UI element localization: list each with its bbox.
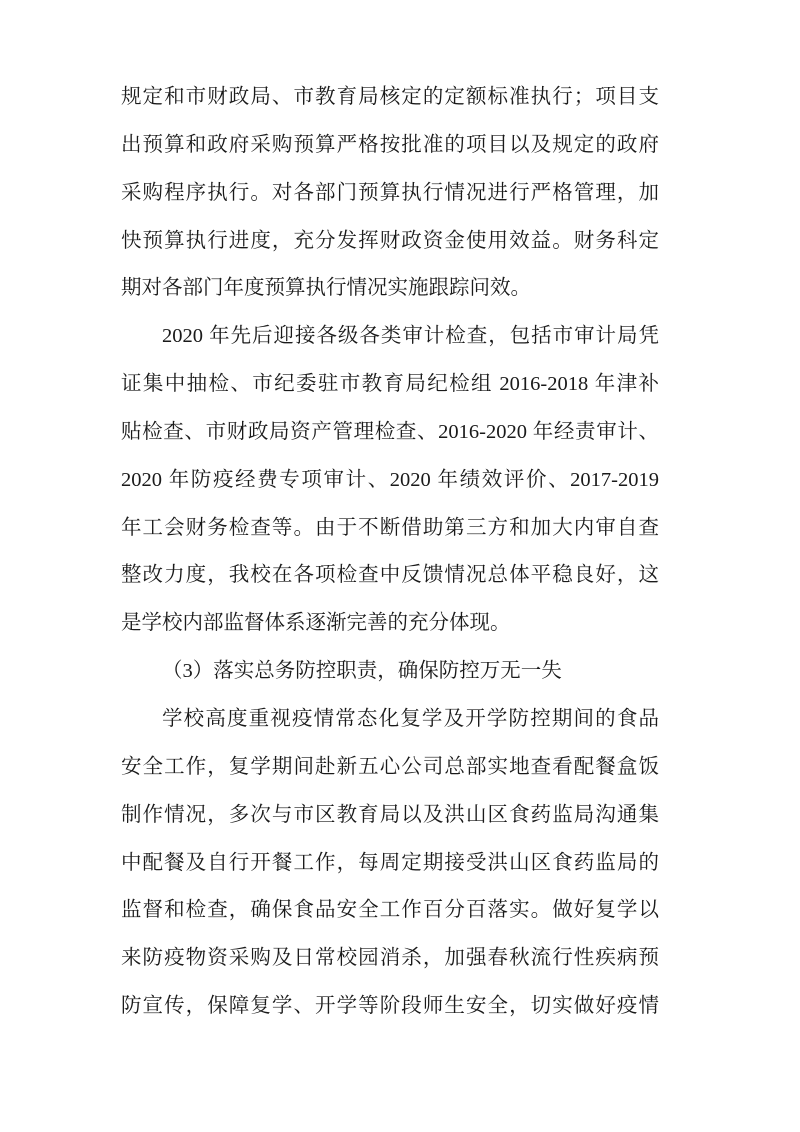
body-line: 整改力度，我校在各项检查中反馈情况总体平稳良好，这	[121, 552, 659, 600]
body-line: 学校高度重视疫情常态化复学及开学防控期间的食品	[121, 696, 659, 744]
document-body: 规定和市财政局、市教育局核定的定额标准执行；项目支出预算和政府采购预算严格按批准…	[121, 74, 659, 1031]
body-line: 防宣传，保障复学、开学等阶段师生安全，切实做好疫情	[121, 983, 659, 1031]
body-line: 监督和检查，确保食品安全工作百分百落实。做好复学以	[121, 887, 659, 935]
body-line: 是学校内部监督体系逐渐完善的充分体现。	[121, 600, 659, 648]
body-line: 贴检查、市财政局资产管理检查、2016-2020 年经责审计、	[121, 409, 659, 457]
body-line: 期对各部门年度预算执行情况实施跟踪问效。	[121, 265, 659, 313]
body-line: 采购程序执行。对各部门预算执行情况进行严格管理，加	[121, 170, 659, 218]
body-line: 2020 年防疫经费专项审计、2020 年绩效评价、2017-2019	[121, 457, 659, 505]
document-page: 规定和市财政局、市教育局核定的定额标准执行；项目支出预算和政府采购预算严格按批准…	[0, 0, 800, 1132]
body-line: 2020 年先后迎接各级各类审计检查，包括市审计局凭	[121, 313, 659, 361]
section-heading-line: （3）落实总务防控职责，确保防控万无一失	[121, 648, 659, 696]
body-line: 规定和市财政局、市教育局核定的定额标准执行；项目支	[121, 74, 659, 122]
body-line: 证集中抽检、市纪委驻市教育局纪检组 2016-2018 年津补	[121, 361, 659, 409]
body-line: 出预算和政府采购预算严格按批准的项目以及规定的政府	[121, 122, 659, 170]
body-line: 中配餐及自行开餐工作，每周定期接受洪山区食药监局的	[121, 840, 659, 888]
body-line: 制作情况，多次与市区教育局以及洪山区食药监局沟通集	[121, 792, 659, 840]
body-line: 来防疫物资采购及日常校园消杀，加强春秋流行性疾病预	[121, 935, 659, 983]
body-line: 年工会财务检查等。由于不断借助第三方和加大内审自查	[121, 505, 659, 553]
body-line: 安全工作，复学期间赴新五心公司总部实地查看配餐盒饭	[121, 744, 659, 792]
body-line: 快预算执行进度，充分发挥财政资金使用效益。财务科定	[121, 218, 659, 266]
